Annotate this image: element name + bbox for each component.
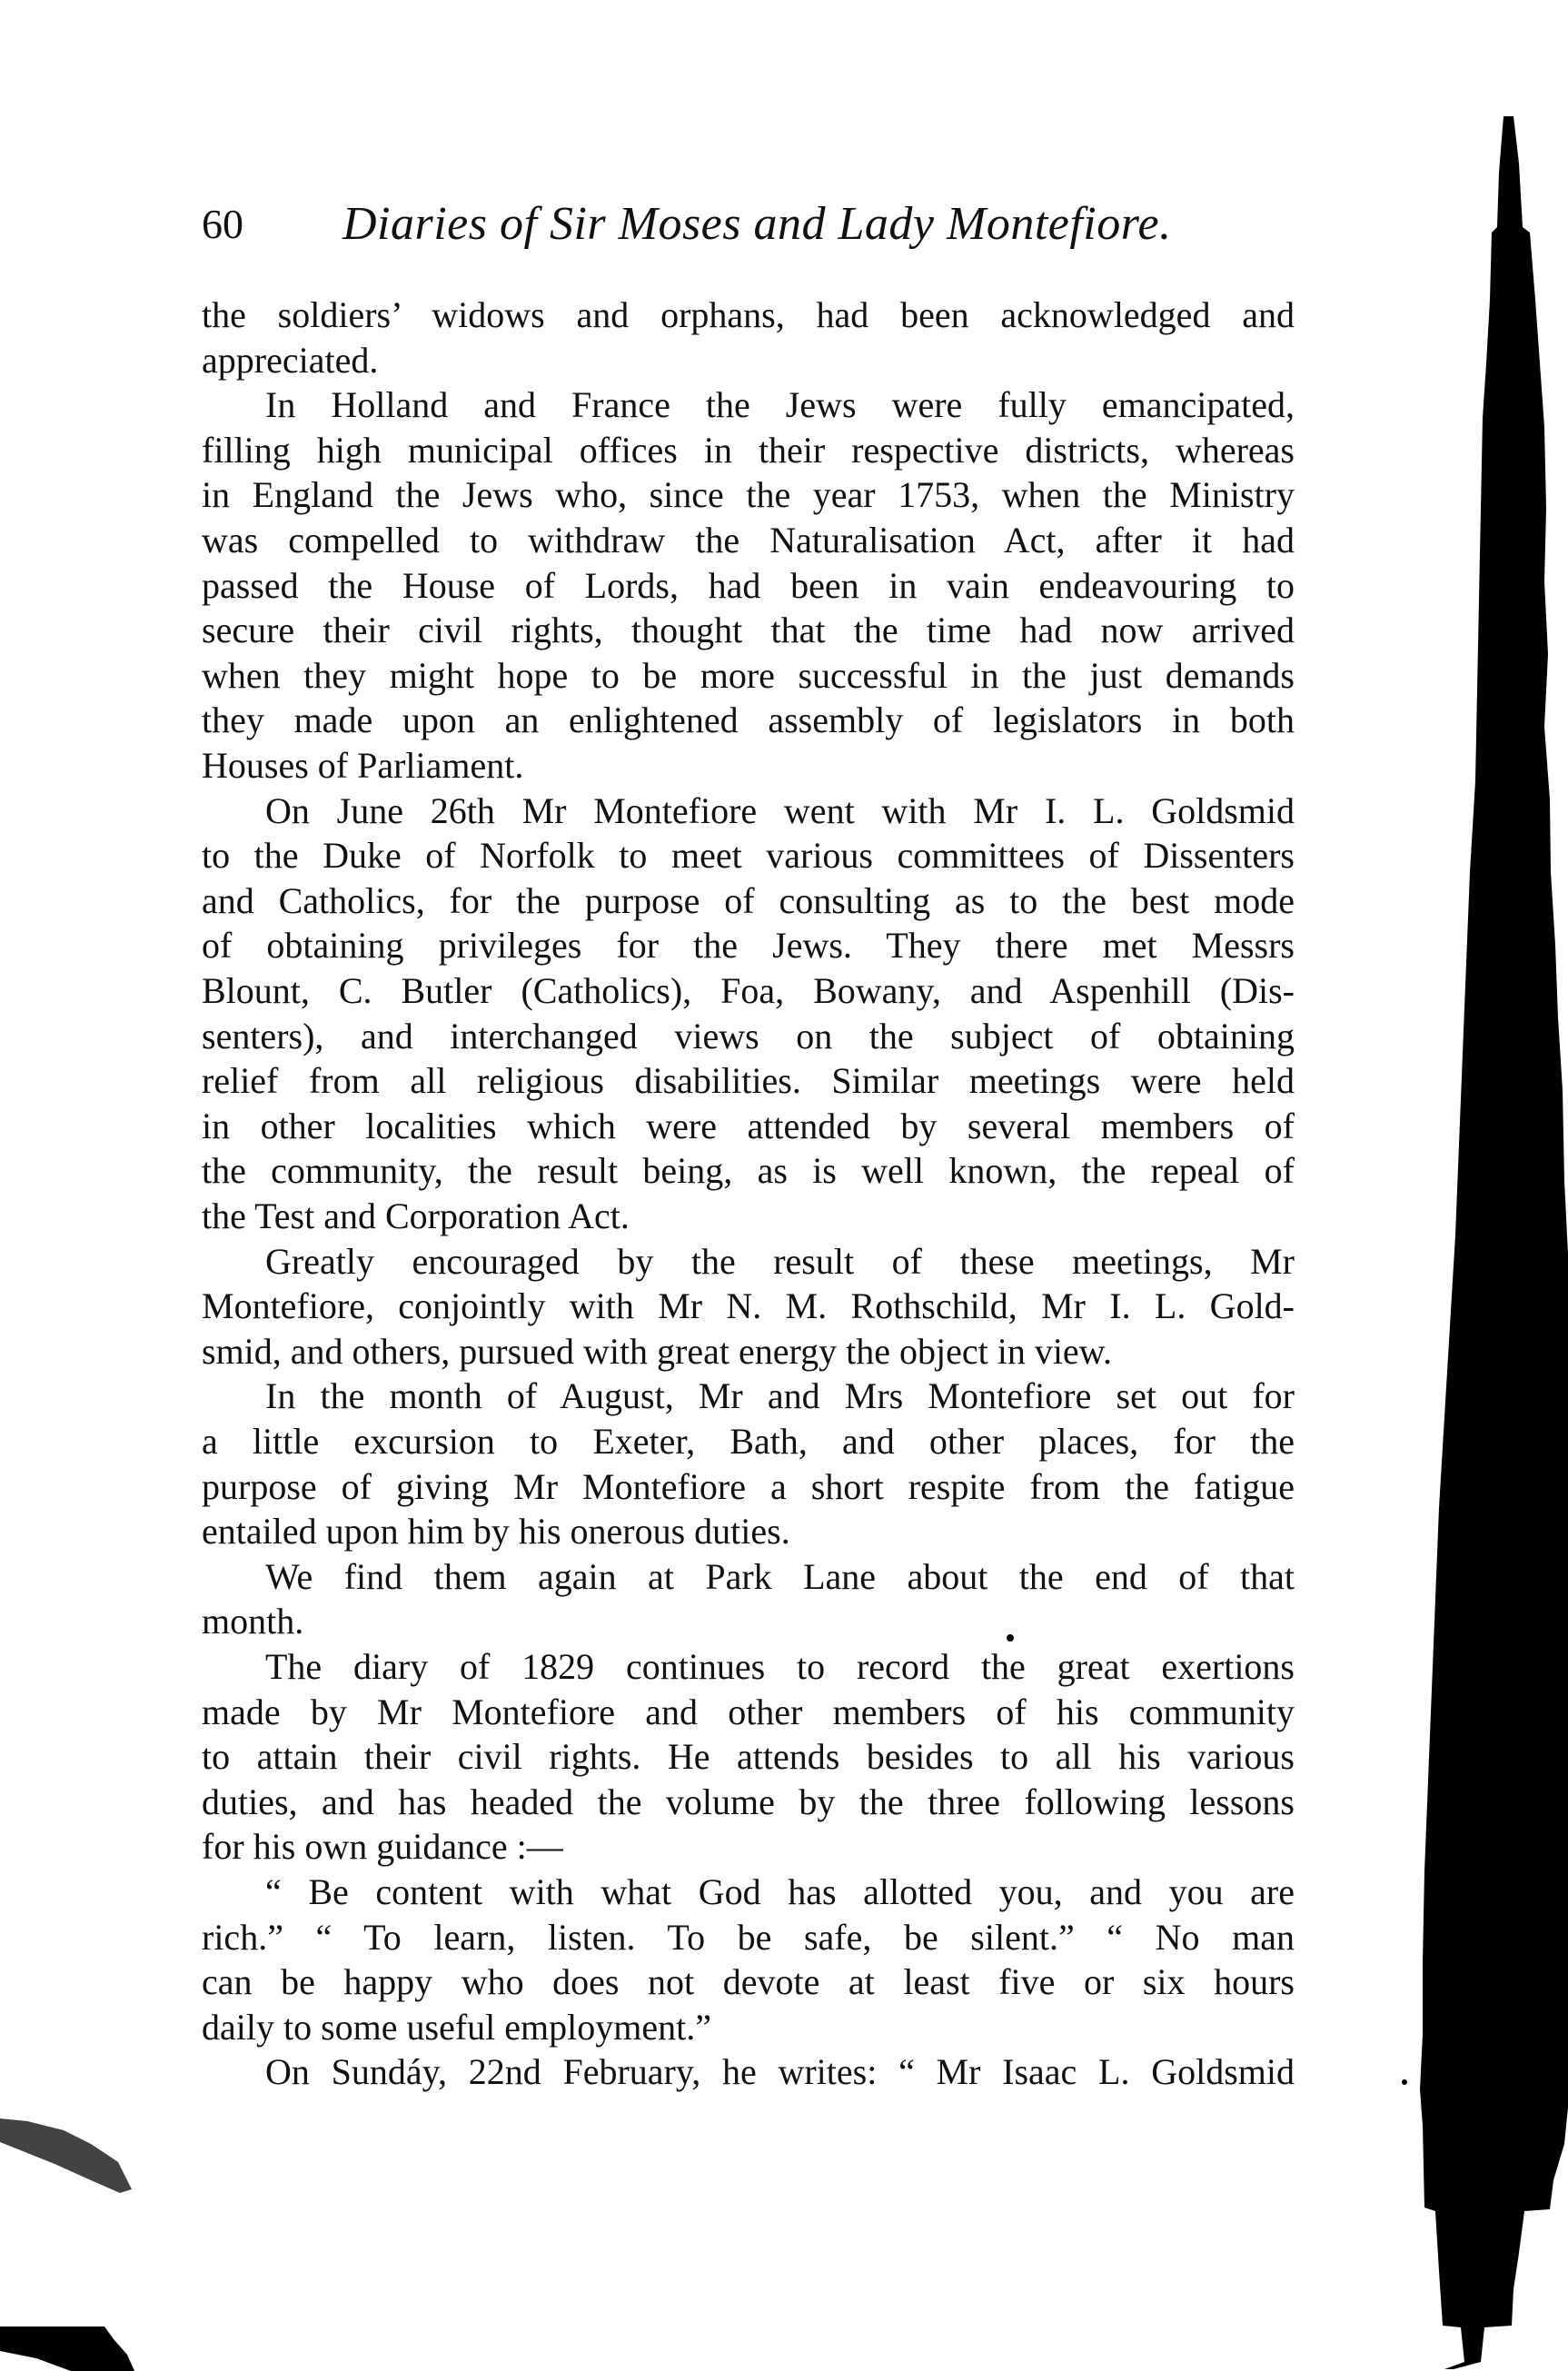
text-line: On June 26th Mr Montefiore went with Mr …: [202, 789, 1295, 834]
text-line: Montefiore, conjointly with Mr N. M. Rot…: [202, 1284, 1295, 1329]
text-line: On Sundáy, 22nd February, he writes: “ M…: [202, 2049, 1295, 2095]
text-line: was compelled to withdraw the Naturalisa…: [202, 518, 1295, 563]
binding-shadow: [1420, 116, 1568, 2369]
text-line: daily to some useful employment.”: [202, 2005, 1295, 2050]
text-line: secure their civil rights, thought that …: [202, 608, 1295, 653]
text-line: “ Be content with what God has allotted …: [202, 1870, 1295, 1915]
text-line: the soldiers’ widows and orphans, had be…: [202, 293, 1295, 338]
text-line: can be happy who does not devote at leas…: [202, 1959, 1295, 2005]
text-line: a little excursion to Exeter, Bath, and …: [202, 1419, 1295, 1464]
text-line: the community, the result being, as is w…: [202, 1148, 1295, 1194]
running-title: Diaries of Sir Moses and Lady Montefiore…: [342, 193, 1172, 256]
text-line: of obtaining privileges for the Jews. Th…: [202, 923, 1295, 968]
text-line: made by Mr Montefiore and other members …: [202, 1690, 1295, 1735]
text-line: to the Duke of Norfolk to meet various c…: [202, 833, 1295, 878]
text-line: rich.” “ To learn, listen. To be safe, b…: [202, 1915, 1295, 1960]
text-line: Houses of Parliament.: [202, 743, 1295, 789]
book-page: 60 Diaries of Sir Moses and Lady Montefi…: [0, 0, 1568, 2371]
text-line: filling high municipal offices in their …: [202, 428, 1295, 473]
text-line: and Catholics, for the purpose of consul…: [202, 878, 1295, 924]
text-line: to attain their civil rights. He attends…: [202, 1734, 1295, 1780]
text-line: The diary of 1829 continues to record th…: [202, 1644, 1295, 1690]
scan-smudge: [0, 2118, 132, 2193]
text-line: month.: [202, 1599, 1295, 1644]
text-line: for his own guidance :—: [202, 1824, 1295, 1870]
running-head: 60 Diaries of Sir Moses and Lady Montefi…: [202, 193, 1201, 256]
text-line: in England the Jews who, since the year …: [202, 472, 1295, 518]
stray-dot: [1402, 2079, 1407, 2085]
text-line: smid, and others, pursued with great ene…: [202, 1329, 1295, 1374]
scan-blob: [0, 2326, 134, 2371]
text-line: appreciated.: [202, 338, 1295, 383]
text-line: relief from all religious disabilities. …: [202, 1058, 1295, 1104]
text-line: We find them again at Park Lane about th…: [202, 1554, 1295, 1600]
text-line: In the month of August, Mr and Mrs Monte…: [202, 1374, 1295, 1419]
text-line: purpose of giving Mr Montefiore a short …: [202, 1464, 1295, 1510]
text-line: passed the House of Lords, had been in v…: [202, 563, 1295, 609]
text-line: the Test and Corporation Act.: [202, 1194, 1295, 1239]
text-line: In Holland and France the Jews were full…: [202, 382, 1295, 428]
page-number: 60: [202, 193, 243, 256]
text-line: Blount, C. Butler (Catholics), Foa, Bowa…: [202, 968, 1295, 1014]
text-line: Greatly encouraged by the result of thes…: [202, 1239, 1295, 1285]
text-line: they made upon an enlightened assembly o…: [202, 698, 1295, 743]
text-line: in other localities which were attended …: [202, 1104, 1295, 1149]
text-line: entailed upon him by his onerous duties.: [202, 1509, 1295, 1554]
text-line: duties, and has headed the volume by the…: [202, 1780, 1295, 1825]
text-line: when they might hope to be more successf…: [202, 653, 1295, 699]
text-line: senters), and interchanged views on the …: [202, 1014, 1295, 1059]
